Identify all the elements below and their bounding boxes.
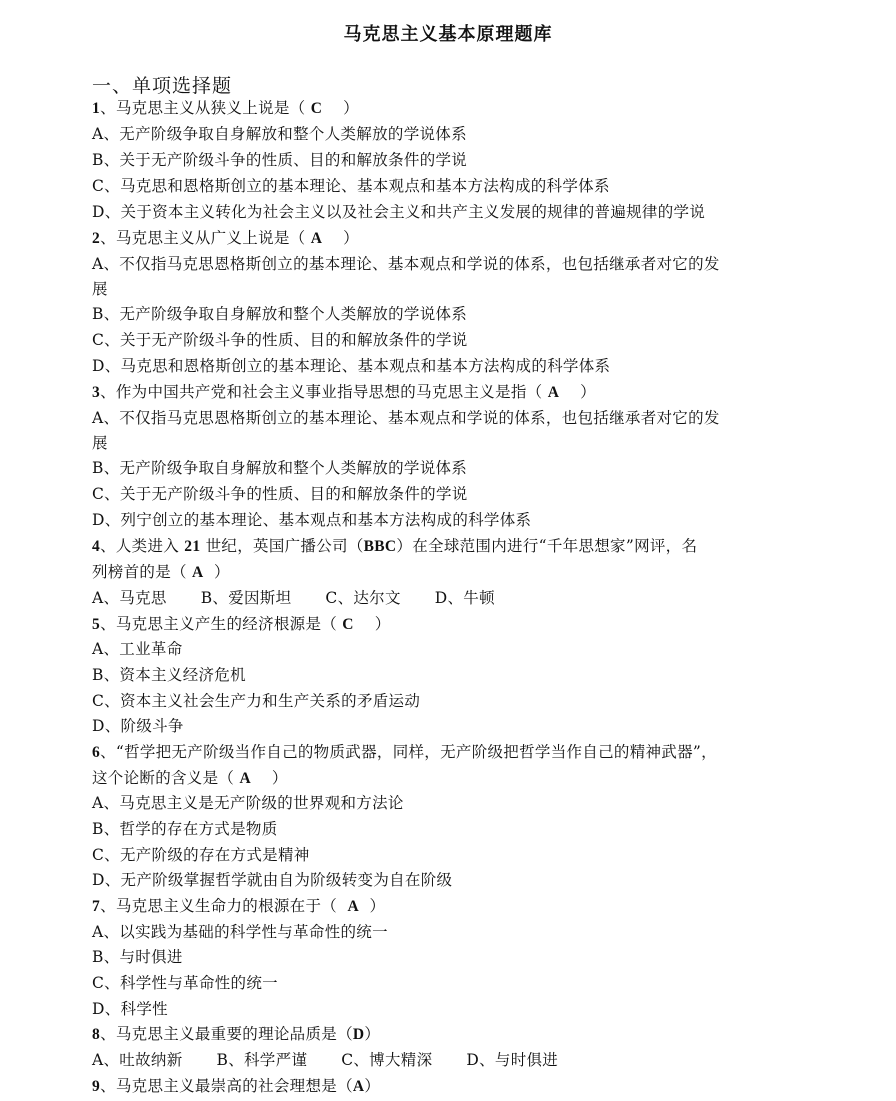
- option-a: A、不仅指马克思恩格斯创立的基本理论、基本观点和学说的体系，也包括继承者对它的发: [92, 254, 720, 274]
- question-number: 1: [92, 100, 100, 117]
- option-d: D、牛顿: [435, 589, 495, 607]
- question-text: 、马克思主义最重要的理论品质是（: [100, 1025, 353, 1043]
- question-2-stem: 2、马克思主义从广义上说是（ A ）: [92, 228, 359, 249]
- option-d: D、科学性: [92, 999, 168, 1019]
- inline-options: A、吐故纳新B、科学严谨C、博大精深D、与时俱进: [92, 1050, 558, 1070]
- question-4-stem: 4、人类进入 21 世纪，英国广播公司（BBC）在全球范围内进行“千年思想家”网…: [92, 536, 697, 557]
- option-a-continued: 展: [92, 279, 108, 299]
- question-number: 2: [92, 230, 100, 247]
- question-number: 5: [92, 616, 100, 633]
- option-c: C、科学性与革命性的统一: [92, 973, 278, 993]
- answer-key: A: [548, 384, 560, 401]
- question-text-end: ）: [322, 99, 359, 117]
- question-text-end: ）: [204, 563, 230, 581]
- question-3-stem: 3、作为中国共产党和社会主义事业指导思想的马克思主义是指（ A ）: [92, 382, 596, 403]
- answer-key: C: [311, 100, 323, 117]
- option-c: C、资本主义社会生产力和生产关系的矛盾运动: [92, 691, 420, 711]
- answer-key: A: [192, 564, 204, 581]
- option-c: C、关于无产阶级斗争的性质、目的和解放条件的学说: [92, 484, 468, 504]
- option-c: C、无产阶级的存在方式是精神: [92, 845, 310, 865]
- document-page: 马克思主义基本原理题库 一、单项选择题 1、马克思主义从狭义上说是（ C ） A…: [0, 0, 896, 1101]
- question-text-end: ）: [322, 229, 359, 247]
- question-6-stem: 6、“哲学把无产阶级当作自己的物质武器，同样，无产阶级把哲学当作自己的精神武器”…: [92, 742, 717, 763]
- question-1-stem: 1、马克思主义从狭义上说是（ C ）: [92, 98, 359, 119]
- option-a: A、马克思: [92, 589, 167, 607]
- question-text-end: ）: [364, 1077, 380, 1095]
- question-text: ）在全球范围内进行“千年思想家”网评，名: [396, 537, 697, 555]
- option-d: D、无产阶级掌握哲学就由自为阶级转变为自在阶级: [92, 870, 452, 890]
- option-b: B、无产阶级争取自身解放和整个人类解放的学说体系: [92, 304, 467, 324]
- option-c: C、博大精深: [341, 1051, 432, 1069]
- bbc-acronym: BBC: [364, 538, 397, 555]
- question-4-stem-continued: 列榜首的是（ A ）: [92, 562, 230, 583]
- question-9-stem: 9、马克思主义最崇高的社会理想是（A）: [92, 1076, 380, 1097]
- question-number: 6: [92, 744, 100, 761]
- question-text-end: ）: [251, 769, 288, 787]
- option-a: A、马克思主义是无产阶级的世界观和方法论: [92, 793, 404, 813]
- question-text-end: ）: [354, 615, 391, 633]
- option-d: D、关于资本主义转化为社会主义以及社会主义和共产主义发展的规律的普遍规律的学说: [92, 202, 705, 222]
- option-d: D、马克思和恩格斯创立的基本理论、基本观点和基本方法构成的科学体系: [92, 356, 610, 376]
- question-number: 3: [92, 384, 100, 401]
- question-text: 、马克思主义产生的经济根源是（: [100, 615, 342, 633]
- question-text: 这个论断的含义是（: [92, 769, 239, 787]
- question-text: 、人类进入: [100, 537, 184, 555]
- option-a: A、不仅指马克思恩格斯创立的基本理论、基本观点和学说的体系，也包括继承者对它的发: [92, 408, 720, 428]
- answer-key: C: [342, 616, 354, 633]
- option-d: D、阶级斗争: [92, 716, 184, 736]
- section-heading: 一、单项选择题: [92, 71, 232, 98]
- answer-key: D: [353, 1026, 365, 1043]
- question-text: 、马克思主义从广义上说是（: [100, 229, 311, 247]
- answer-key: A: [353, 1078, 365, 1095]
- option-b: B、爱因斯坦: [201, 589, 292, 607]
- question-7-stem: 7、马克思主义生命力的根源在于（ A ）: [92, 896, 385, 917]
- question-text: 列榜首的是（: [92, 563, 192, 581]
- option-a: A、以实践为基础的科学性与革命性的统一: [92, 922, 388, 942]
- question-number: 4: [92, 538, 100, 555]
- option-a: A、无产阶级争取自身解放和整个人类解放的学说体系: [92, 124, 467, 144]
- question-text: 、马克思主义最崇高的社会理想是（: [100, 1077, 353, 1095]
- option-b: B、哲学的存在方式是物质: [92, 819, 278, 839]
- answer-key: A: [239, 770, 251, 787]
- question-8-stem: 8、马克思主义最重要的理论品质是（D）: [92, 1024, 380, 1045]
- option-c: C、马克思和恩格斯创立的基本理论、基本观点和基本方法构成的科学体系: [92, 176, 610, 196]
- document-title: 马克思主义基本原理题库: [0, 20, 896, 46]
- question-text: 、作为中国共产党和社会主义事业指导思想的马克思主义是指（: [100, 383, 548, 401]
- option-b: B、资本主义经济危机: [92, 665, 246, 685]
- question-number: 7: [92, 898, 100, 915]
- question-text-end: ）: [559, 383, 596, 401]
- option-b: B、与时俱进: [92, 947, 183, 967]
- option-a: A、吐故纳新: [92, 1051, 183, 1069]
- question-text-end: ）: [364, 1025, 380, 1043]
- question-6-stem-continued: 这个论断的含义是（ A ）: [92, 768, 288, 789]
- question-text: 、马克思主义从狭义上说是（: [100, 99, 311, 117]
- century-number: 21: [184, 538, 200, 555]
- answer-key: A: [311, 230, 323, 247]
- option-c: C、达尔文: [325, 589, 400, 607]
- option-a-continued: 展: [92, 433, 108, 453]
- inline-options: A、马克思B、爱因斯坦C、达尔文D、牛顿: [92, 588, 495, 608]
- option-a: A、工业革命: [92, 639, 183, 659]
- question-text: 、“哲学把无产阶级当作自己的物质武器，同样，无产阶级把哲学当作自己的精神武器”，: [100, 743, 717, 761]
- question-5-stem: 5、马克思主义产生的经济根源是（ C ）: [92, 614, 391, 635]
- option-b: B、关于无产阶级斗争的性质、目的和解放条件的学说: [92, 150, 467, 170]
- question-text: 世纪，英国广播公司（: [200, 537, 363, 555]
- question-number: 8: [92, 1026, 100, 1043]
- option-d: D、与时俱进: [466, 1051, 558, 1069]
- option-d: D、列宁创立的基本理论、基本观点和基本方法构成的科学体系: [92, 510, 531, 530]
- answer-key: A: [348, 898, 360, 915]
- question-number: 9: [92, 1078, 100, 1095]
- option-b: B、无产阶级争取自身解放和整个人类解放的学说体系: [92, 458, 467, 478]
- question-text-end: ）: [359, 897, 385, 915]
- question-text: 、马克思主义生命力的根源在于（: [100, 897, 347, 915]
- option-b: B、科学严谨: [217, 1051, 308, 1069]
- option-c: C、关于无产阶级斗争的性质、目的和解放条件的学说: [92, 330, 468, 350]
